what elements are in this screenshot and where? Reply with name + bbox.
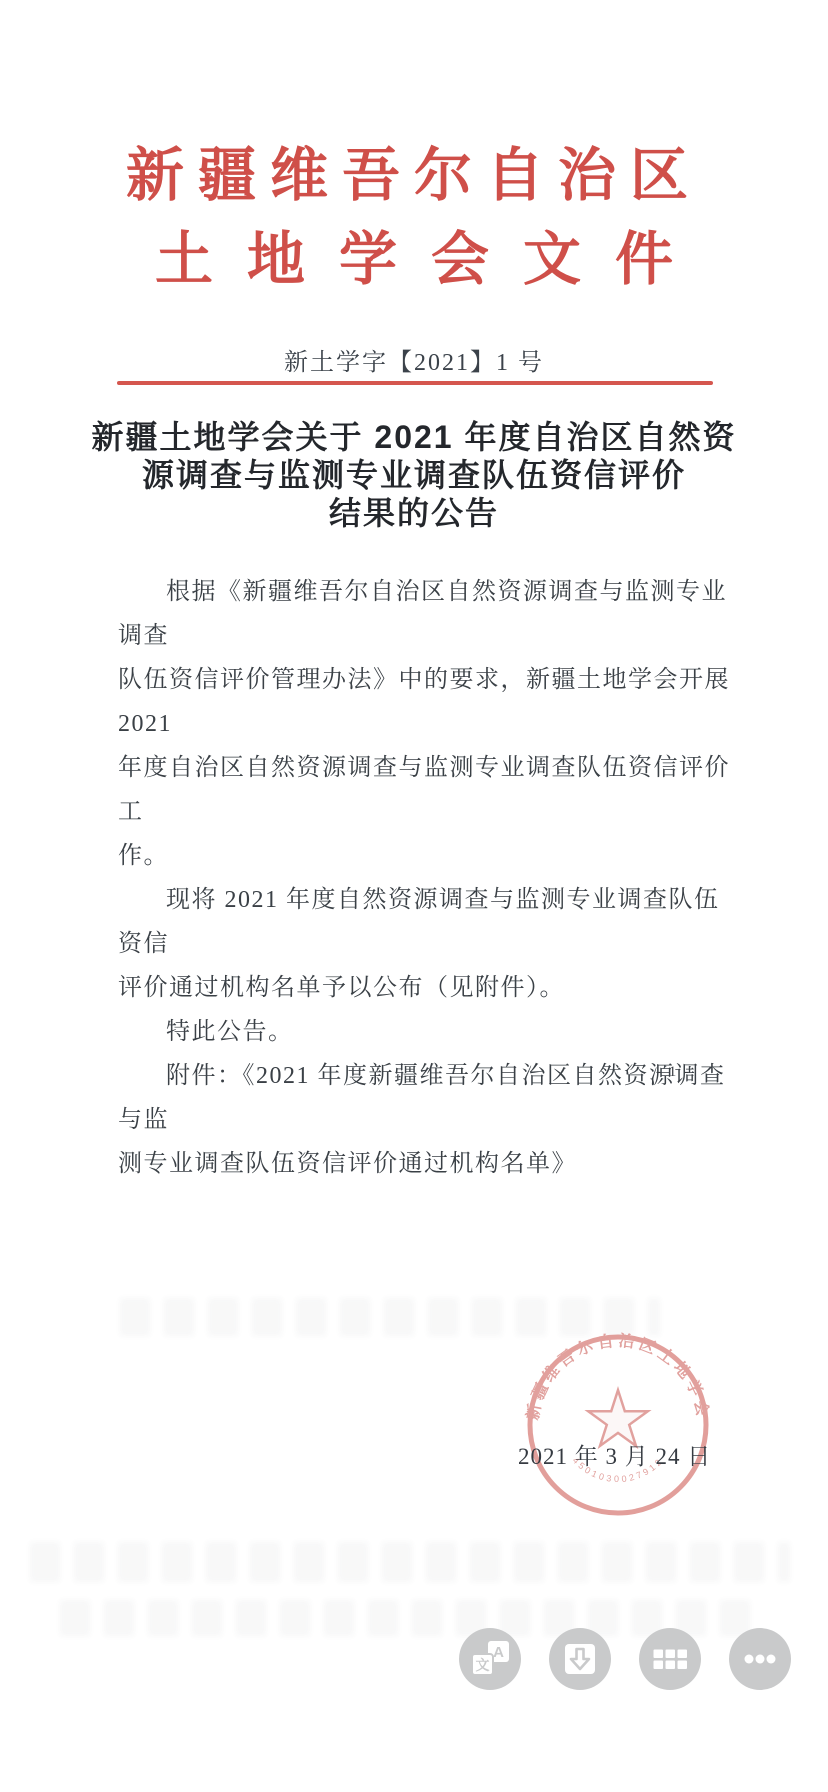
document-title: 新疆土地学会关于 2021 年度自治区自然资 源调查与监测专业调查队伍资信评价 … [0,418,828,532]
paragraph-2: 现将 2021 年度自然资源调查与监测专业调查队伍资信 评价通过机构名单予以公布… [118,878,730,1010]
attachment-note: 附件：《2021 年度新疆维吾尔自治区自然资源调查与监 测专业调查队伍资信评价通… [118,1054,730,1186]
download-icon [549,1628,611,1690]
more-icon [729,1628,791,1690]
document-body: 根据《新疆维吾尔自治区自然资源调查与监测专业调查 队伍资信评价管理办法》中的要求… [118,570,730,1186]
svg-text:A: A [493,1644,504,1661]
paragraph-1: 根据《新疆维吾尔自治区自然资源调查与监测专业调查 队伍资信评价管理办法》中的要求… [118,570,730,878]
grid-icon [639,1628,701,1690]
bleed-through-artifact [30,1542,790,1582]
letterhead-line2: 土地学会文件 [0,212,828,296]
download-button[interactable] [549,1628,611,1690]
document-viewer: 新疆维吾尔自治区 土地学会文件 新土学字【2021】1 号 新疆土地学会关于 2… [0,0,828,1792]
svg-text:文: 文 [476,1657,490,1673]
letterhead-line1: 新疆维吾尔自治区 [0,128,828,212]
floating-toolbar: A 文 [459,1628,791,1690]
more-button[interactable] [729,1628,791,1690]
translate-icon: A 文 [459,1628,521,1690]
grid-button[interactable] [639,1628,701,1690]
official-seal: 新疆维吾尔自治区土地学会 4501030027912 [523,1330,713,1520]
signature-date: 2021 年 3 月 24 日 [518,1438,728,1471]
red-divider-rule [117,381,713,385]
translate-button[interactable]: A 文 [459,1628,521,1690]
page-number: - 1 - [656,1064,691,1081]
document-number: 新土学字【2021】1 号 [0,342,828,377]
paragraph-3: 特此公告。 [118,1010,730,1054]
